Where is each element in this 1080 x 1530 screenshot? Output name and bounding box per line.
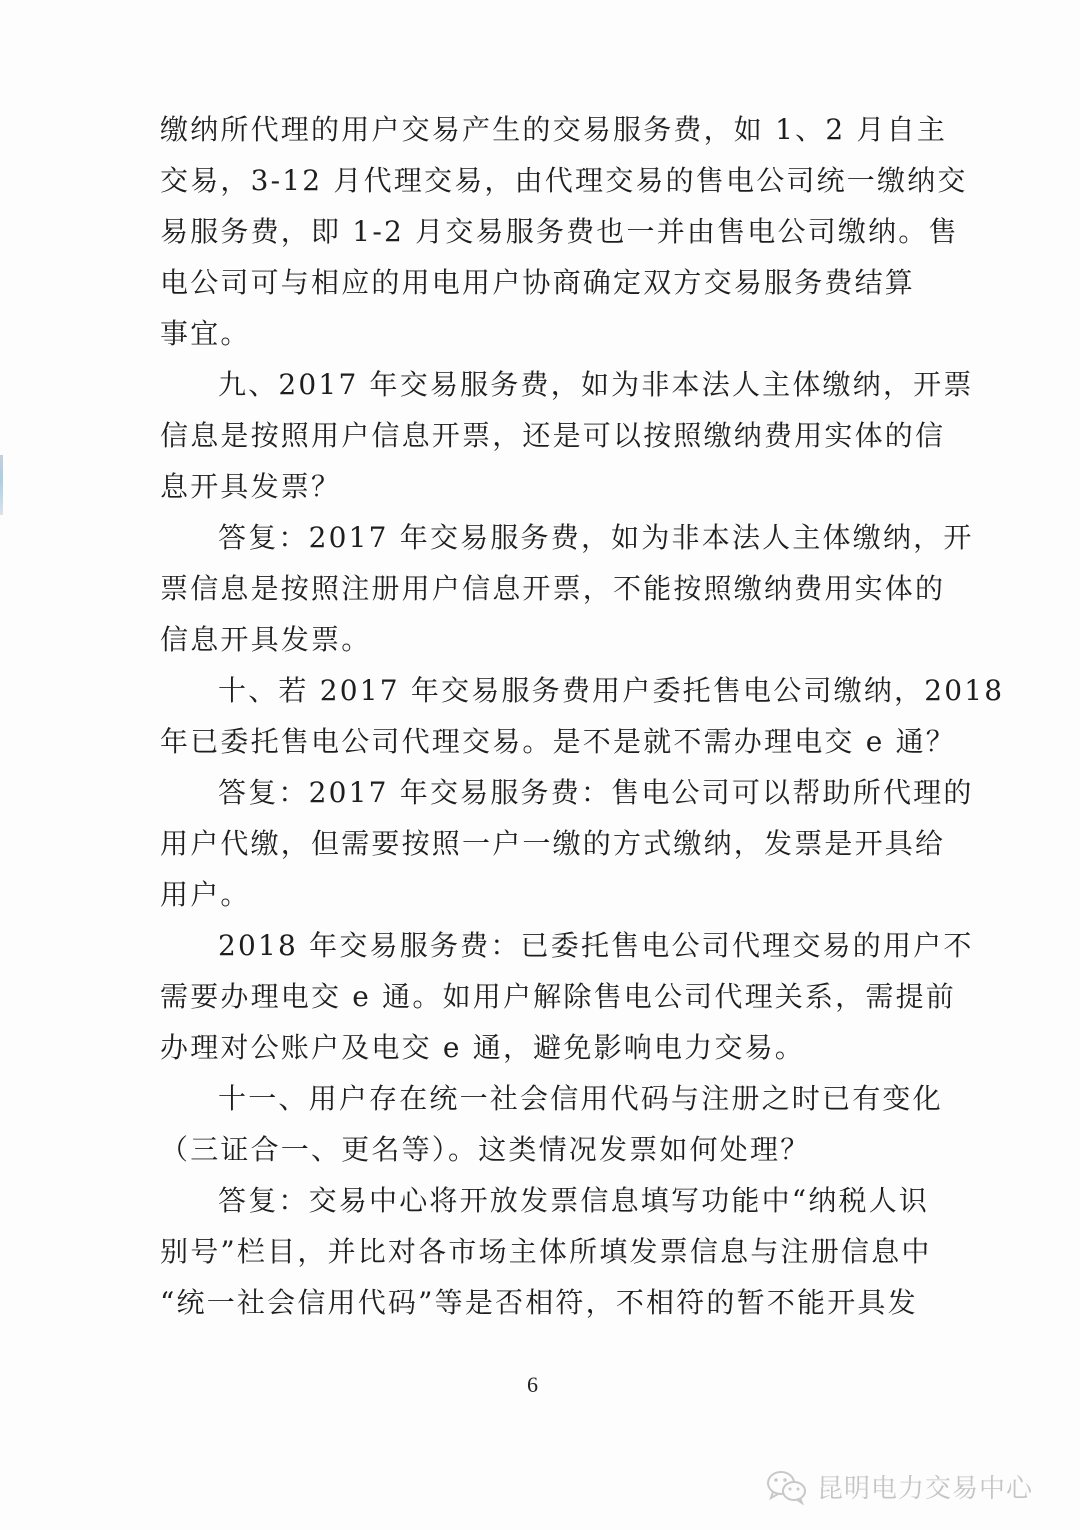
text-line: （三证合一、更名等）。这类情况发票如何处理？ xyxy=(160,1124,912,1175)
text-line: 答复：2017 年交易服务费：售电公司可以帮助所代理的 xyxy=(160,767,912,818)
document-body: 缴纳所代理的用户交易产生的交易服务费，如 1、2 月自主交易，3-12 月代理交… xyxy=(160,104,912,1328)
watermark-text: 昆明电力交易中心 xyxy=(817,1468,1033,1505)
text-line: 信息开具发票。 xyxy=(160,614,912,665)
text-line: 息开具发票？ xyxy=(160,461,912,512)
document-page: 缴纳所代理的用户交易产生的交易服务费，如 1、2 月自主交易，3-12 月代理交… xyxy=(0,0,1080,1530)
text-line: 答复：交易中心将开放发票信息填写功能中“纳税人识 xyxy=(160,1175,912,1226)
text-line: “统一社会信用代码”等是否相符，不相符的暂不能开具发 xyxy=(160,1277,912,1328)
text-line: 事宜。 xyxy=(160,308,912,359)
text-line: 十、若 2017 年交易服务费用户委托售电公司缴纳，2018 xyxy=(160,665,912,716)
text-line: 九、2017 年交易服务费，如为非本法人主体缴纳，开票 xyxy=(160,359,912,410)
text-line: 答复：2017 年交易服务费，如为非本法人主体缴纳，开 xyxy=(160,512,912,563)
text-line: 需要办理电交 e 通。如用户解除售电公司代理关系，需提前 xyxy=(160,971,912,1022)
text-line: 易服务费，即 1-2 月交易服务费也一并由售电公司缴纳。售 xyxy=(160,206,912,257)
text-line: 电公司可与相应的用电用户协商确定双方交易服务费结算 xyxy=(160,257,912,308)
watermark: 昆明电力交易中心 xyxy=(765,1468,1033,1505)
text-line: 票信息是按照注册用户信息开票，不能按照缴纳费用实体的 xyxy=(160,563,912,614)
scan-edge-mark xyxy=(0,455,3,515)
text-line: 信息是按照用户信息开票，还是可以按照缴纳费用实体的信 xyxy=(160,410,912,461)
text-line: 交易，3-12 月代理交易，由代理交易的售电公司统一缴纳交 xyxy=(160,155,912,206)
page-number: 6 xyxy=(527,1372,538,1398)
text-line: 办理对公账户及电交 e 通，避免影响电力交易。 xyxy=(160,1022,912,1073)
text-line: 别号”栏目，并比对各市场主体所填发票信息与注册信息中 xyxy=(160,1226,912,1277)
text-line: 年已委托售电公司代理交易。是不是就不需办理电交 e 通？ xyxy=(160,716,912,767)
text-line: 2018 年交易服务费：已委托售电公司代理交易的用户不 xyxy=(160,920,912,971)
text-line: 十一、用户存在统一社会信用代码与注册之时已有变化 xyxy=(160,1073,912,1124)
wechat-icon xyxy=(765,1469,809,1505)
text-line: 用户。 xyxy=(160,869,912,920)
text-line: 缴纳所代理的用户交易产生的交易服务费，如 1、2 月自主 xyxy=(160,104,912,155)
text-line: 用户代缴，但需要按照一户一缴的方式缴纳，发票是开具给 xyxy=(160,818,912,869)
